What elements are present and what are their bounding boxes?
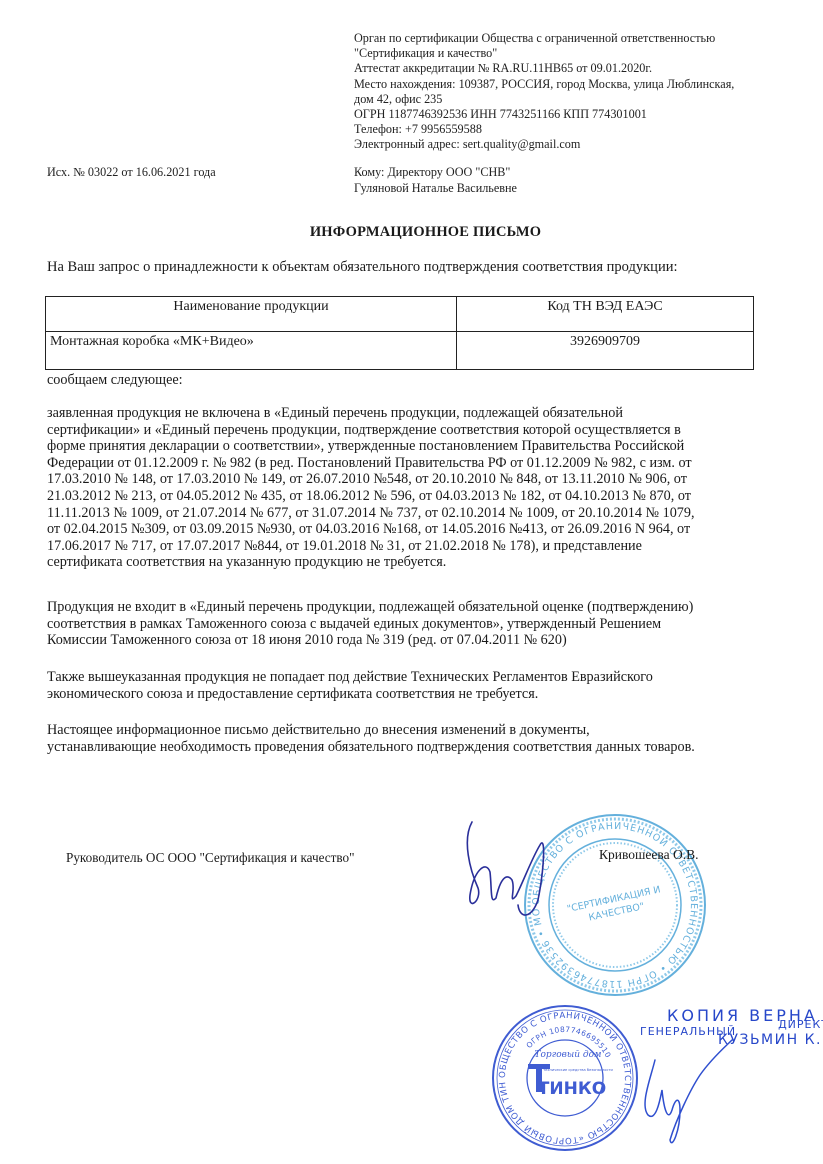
certification-stamp-icon: ОБЩЕСТВО С ОГРАНИЧЕННОЙ ОТВЕТСТВЕННОСТЬЮ… [0,0,705,995]
signatory-name: Кривошеева О.В. [599,847,698,863]
signature-kuzmin-icon [645,1040,732,1143]
svg-text:Торговый дом: Торговый дом [535,1050,602,1060]
svg-text:ОБЩЕСТВО С ОГРАНИЧЕННОЙ ОТВЕТС: ОБЩЕСТВО С ОГРАНИЧЕННОЙ ОТВЕТСТВЕННОСТЬЮ… [0,0,632,1145]
svg-text:ТИНКО: ТИНКО [538,1079,606,1099]
stamps-and-signatures: ОБЩЕСТВО С ОГРАНИЧЕННОЙ ОТВЕТСТВЕННОСТЬЮ… [0,0,823,1164]
director-name: КУЗЬМИН К.В. [718,1032,823,1048]
svg-text:технические средства безопасно: технические средства безопасности [543,1068,613,1072]
tinko-stamp-icon: ОБЩЕСТВО С ОГРАНИЧЕННОЙ ОТВЕТСТВЕННОСТЬЮ… [0,0,637,1150]
director-title-right: ДИРЕКТОР [778,1018,823,1031]
svg-text:ОБЩЕСТВО С ОГРАНИЧЕННОЙ ОТВЕТС: ОБЩЕСТВО С ОГРАНИЧЕННОЙ ОТВЕТСТВЕННОСТЬЮ… [0,0,699,989]
certified-copy-mark: КОПИЯ ВЕРНА ГЕНЕРАЛЬНЫЙДИРЕКТОР КУЗЬМИН … [640,1006,823,1048]
